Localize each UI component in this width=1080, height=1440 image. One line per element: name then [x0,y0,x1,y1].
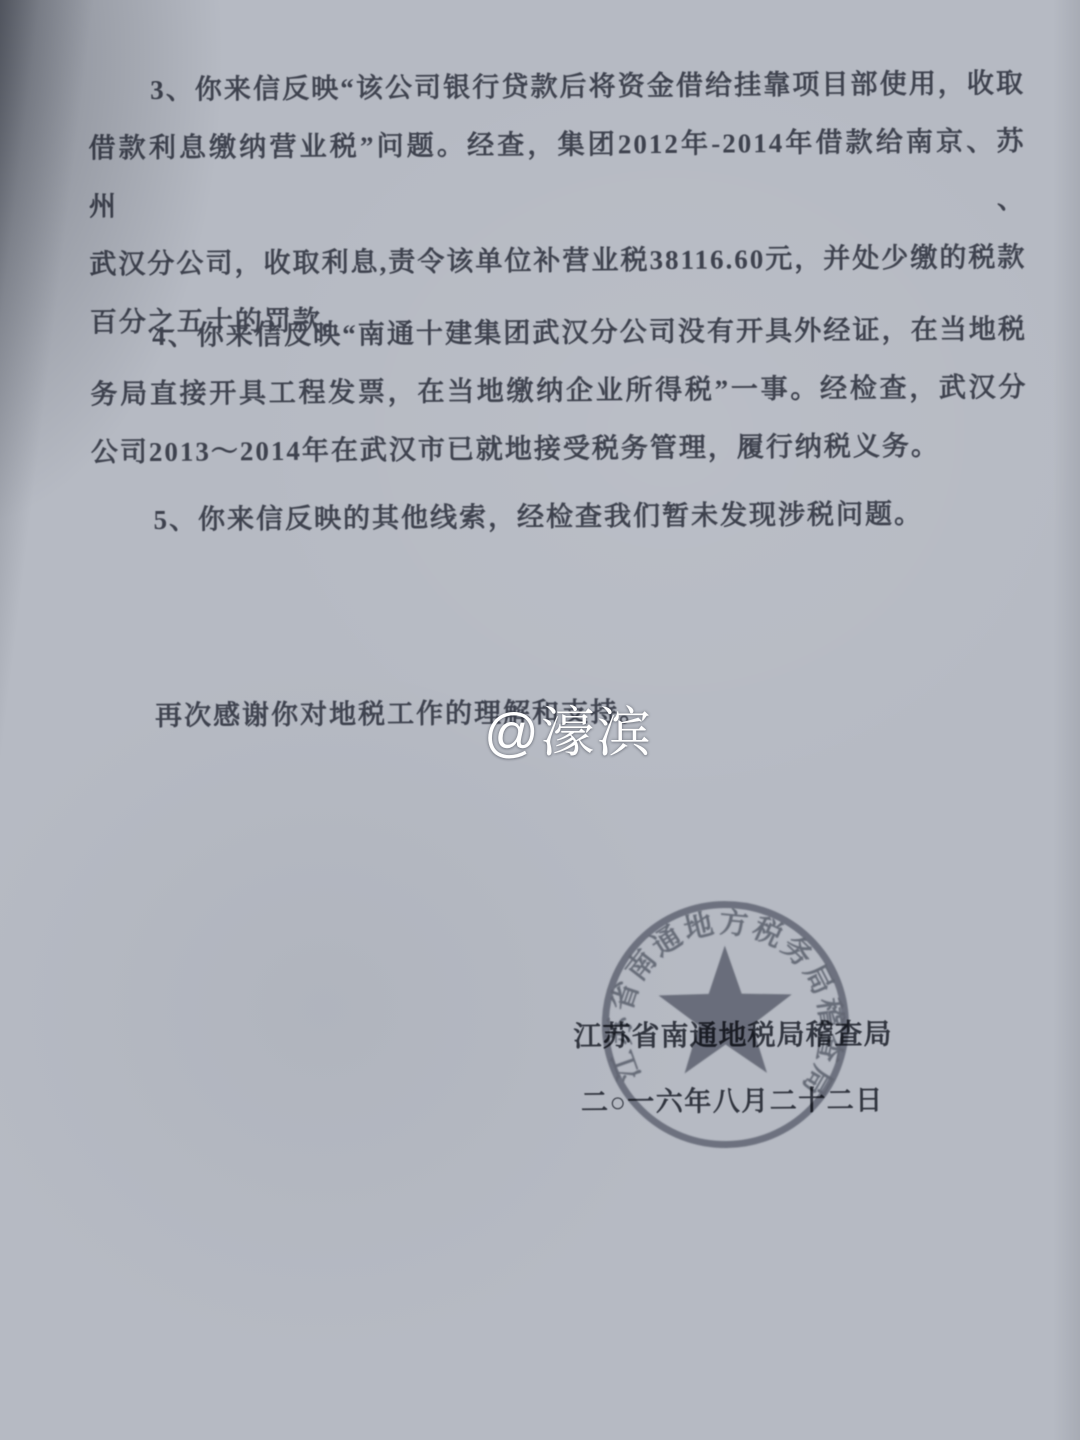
paragraph-4-line-2: 务局直接开具工程发票，在当地缴纳企业所得税”一事。经检查，武汉分 [90,358,1027,423]
watermark-label: @濠滨 [484,690,653,767]
paragraph-3-line-2: 借款利息缴纳营业税”问题。经查，集团2012年-2014年借款给南京、苏州、 [88,112,1026,235]
signature-date: 二○一六年八月二十二日 [581,1078,884,1119]
signature-organization: 江苏省南通地税局稽查局 [573,1012,892,1055]
paragraph-4: 4、你来信反映“南通十建集团武汉分公司没有开具外经证，在当地税 务局直接开具工程… [90,300,1028,481]
document-photo: 3、你来信反映“该公司银行贷款后将资金借给挂靠项目部使用，收取 借款利息缴纳营业… [0,0,1080,1440]
paragraph-4-line-3: 公司2013～2014年在武汉市已就地接受税务管理，履行纳税义务。 [91,416,1028,481]
paragraph-3-line-3: 武汉分公司，收取利息,责令该单位补营业税38116.60元，并处少缴的税款 [89,228,1026,293]
paragraph-3-line-1: 3、你来信反映“该公司银行贷款后将资金借给挂靠项目部使用，收取 [88,54,1025,119]
paragraph-4-line-1: 4、你来信反映“南通十建集团武汉分公司没有开具外经证，在当地税 [90,300,1027,365]
paragraph-5-line-1: 5、你来信反映的其他线索，经检查我们暂未发现涉税问题。 [91,484,1028,549]
paragraph-5: 5、你来信反映的其他线索，经检查我们暂未发现涉税问题。 [91,484,1028,549]
